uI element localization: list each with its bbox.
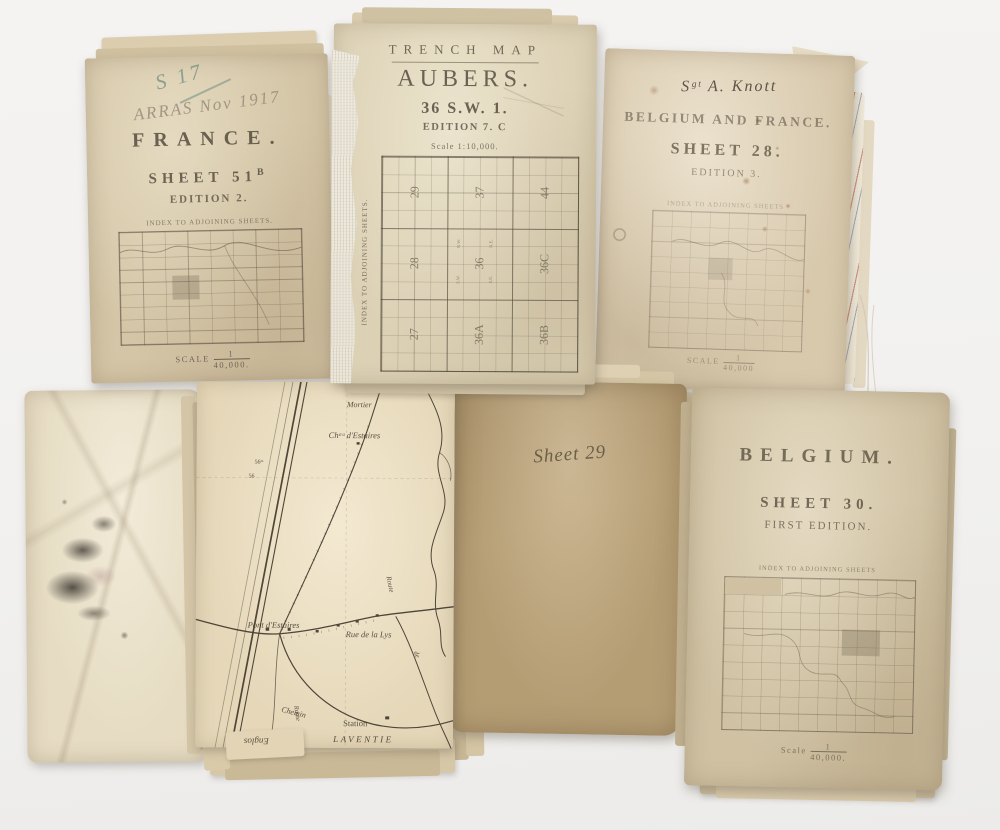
sheet-number-main: SHEET 51 (148, 169, 257, 187)
place-label-laventie: LAVENTIE (333, 734, 394, 744)
worn-blank-map-back (24, 389, 205, 763)
pencil-scribble (503, 86, 563, 116)
france-map-cover: S 17 ARRAS Nov 1917 FRANCE. SHEET 51B ED… (85, 53, 335, 383)
scale-fraction: 1 40,000 (723, 354, 755, 373)
scale-word: SCALE (175, 354, 210, 365)
aubers-index-grid: 29 37 44 28 36 36C 27 36A 36B N.W. N.E. … (380, 156, 579, 373)
belgium30-boundary-lines (722, 577, 915, 733)
belgium-france-boundary-line (649, 211, 805, 352)
scale-denominator: 40,000. (810, 750, 846, 761)
photograph-of-wwi-trench-maps: S 17 ARRAS Nov 1917 FRANCE. SHEET 51B ED… (0, 0, 1000, 830)
aubers-edition: EDITION 7. C (333, 121, 596, 133)
belgium30-index-heading: INDEX TO ADJOINING SHEETS (688, 563, 946, 575)
index-heading-vertical: INDEX TO ADJOINING SHEETS. (360, 155, 369, 369)
belgium30-sheet: SHEET 30. (690, 493, 948, 515)
belgium30-edition: FIRST EDITION. (689, 517, 947, 534)
index-sheet-number: 36B (537, 320, 552, 350)
quadrant-label: N.E. (488, 240, 493, 248)
place-label-rue-de-la-lys: Rue de la Lys (346, 629, 392, 639)
belgium-france-map-cover: Sᵍᵗ A. Knott BELGIUM AND FRANCE. SHEET 2… (595, 48, 855, 394)
index-sheet-number: 36C (537, 249, 552, 279)
scale-numerator: 1 (228, 349, 234, 359)
belgium30-scale-line: Scale 1 40,000. (684, 739, 942, 763)
scale-word: SCALE (687, 356, 720, 366)
scale-denominator: 40,000 (723, 362, 754, 373)
place-label-pont-destaires: Pont d'Estaires (248, 620, 300, 630)
index-sheet-number: 36A (472, 320, 487, 350)
scale-fraction: 1 40,000. (810, 742, 846, 762)
owner-signature: Sᵍᵗ A. Knott (604, 78, 854, 97)
scale-denominator: 40,000. (213, 358, 249, 369)
sheet-number: SHEET 51B (87, 165, 330, 189)
place-label-mortier: Mortier (347, 400, 372, 409)
quadrant-label: N.W. (456, 239, 461, 248)
belgium-france-index-grid (648, 210, 806, 353)
sheet-number-suffix: B (257, 167, 269, 178)
protruding-map-fold-englos: Englos (225, 728, 304, 760)
index-sheet-number: 28 (407, 248, 422, 278)
edition-line: EDITION 2. (87, 190, 330, 207)
aubers-backing-sheet-2 (362, 7, 552, 25)
header-rule (392, 62, 539, 64)
open-map-sheet: Mortier Chᵃᵘ d'Estaires Pont d'Estaires … (195, 381, 455, 748)
quadrant-label: S.W. (455, 275, 460, 284)
place-label-englos-upside-down: Englos (244, 736, 269, 746)
trench-map-header: TRENCH MAP (334, 41, 597, 58)
index-sheet-number: 44 (537, 178, 552, 208)
scale-numerator: 1 (736, 353, 742, 362)
pencil-note-top: S 17 (153, 59, 207, 96)
belgium30-index-grid (721, 576, 916, 734)
aubers-map-cover: TRENCH MAP AUBERS. 36 S.W. 1. EDITION 7.… (332, 23, 597, 384)
quadrant-label: S.E. (488, 276, 493, 284)
index-grid (118, 228, 304, 346)
index-sheet-number: 37 (472, 178, 487, 208)
map-line-work (195, 381, 455, 748)
index-sheet-number: 29 (407, 177, 422, 207)
scale-word: Scale (781, 745, 807, 756)
index-heading: INDEX TO ADJOINING SHEETS. (88, 215, 331, 228)
sheet29-map-cover: Sheet 29 (449, 380, 687, 736)
country-title: FRANCE. (86, 125, 329, 153)
index-sheet-number: 36 (472, 249, 487, 279)
belgium30-map-cover: BELGIUM. SHEET 30. FIRST EDITION. INDEX … (684, 387, 950, 790)
elevation-label-56: 56 (248, 474, 254, 480)
elevation-label-56m: 56ᵐ (255, 460, 264, 466)
scale-line: SCALE 1 40,000. (91, 347, 334, 371)
sheet29-pencil-title: Sheet 29 (453, 436, 686, 474)
index-grid-boundary-line (119, 229, 303, 345)
place-label-station: Station (343, 718, 367, 728)
scale-numerator: 1 (825, 741, 831, 751)
ink-stains (24, 389, 205, 763)
index-sheet-number: 27 (407, 319, 422, 349)
belgium30-title: BELGIUM. (691, 443, 949, 470)
aubers-scale: Scale 1:10,000. (333, 140, 596, 151)
place-label-chateau-estaires: Chᵃᵘ d'Estaires (329, 430, 381, 440)
belgium-france-shaded-cell (708, 258, 733, 281)
scale-fraction: 1 40,000. (213, 349, 249, 369)
